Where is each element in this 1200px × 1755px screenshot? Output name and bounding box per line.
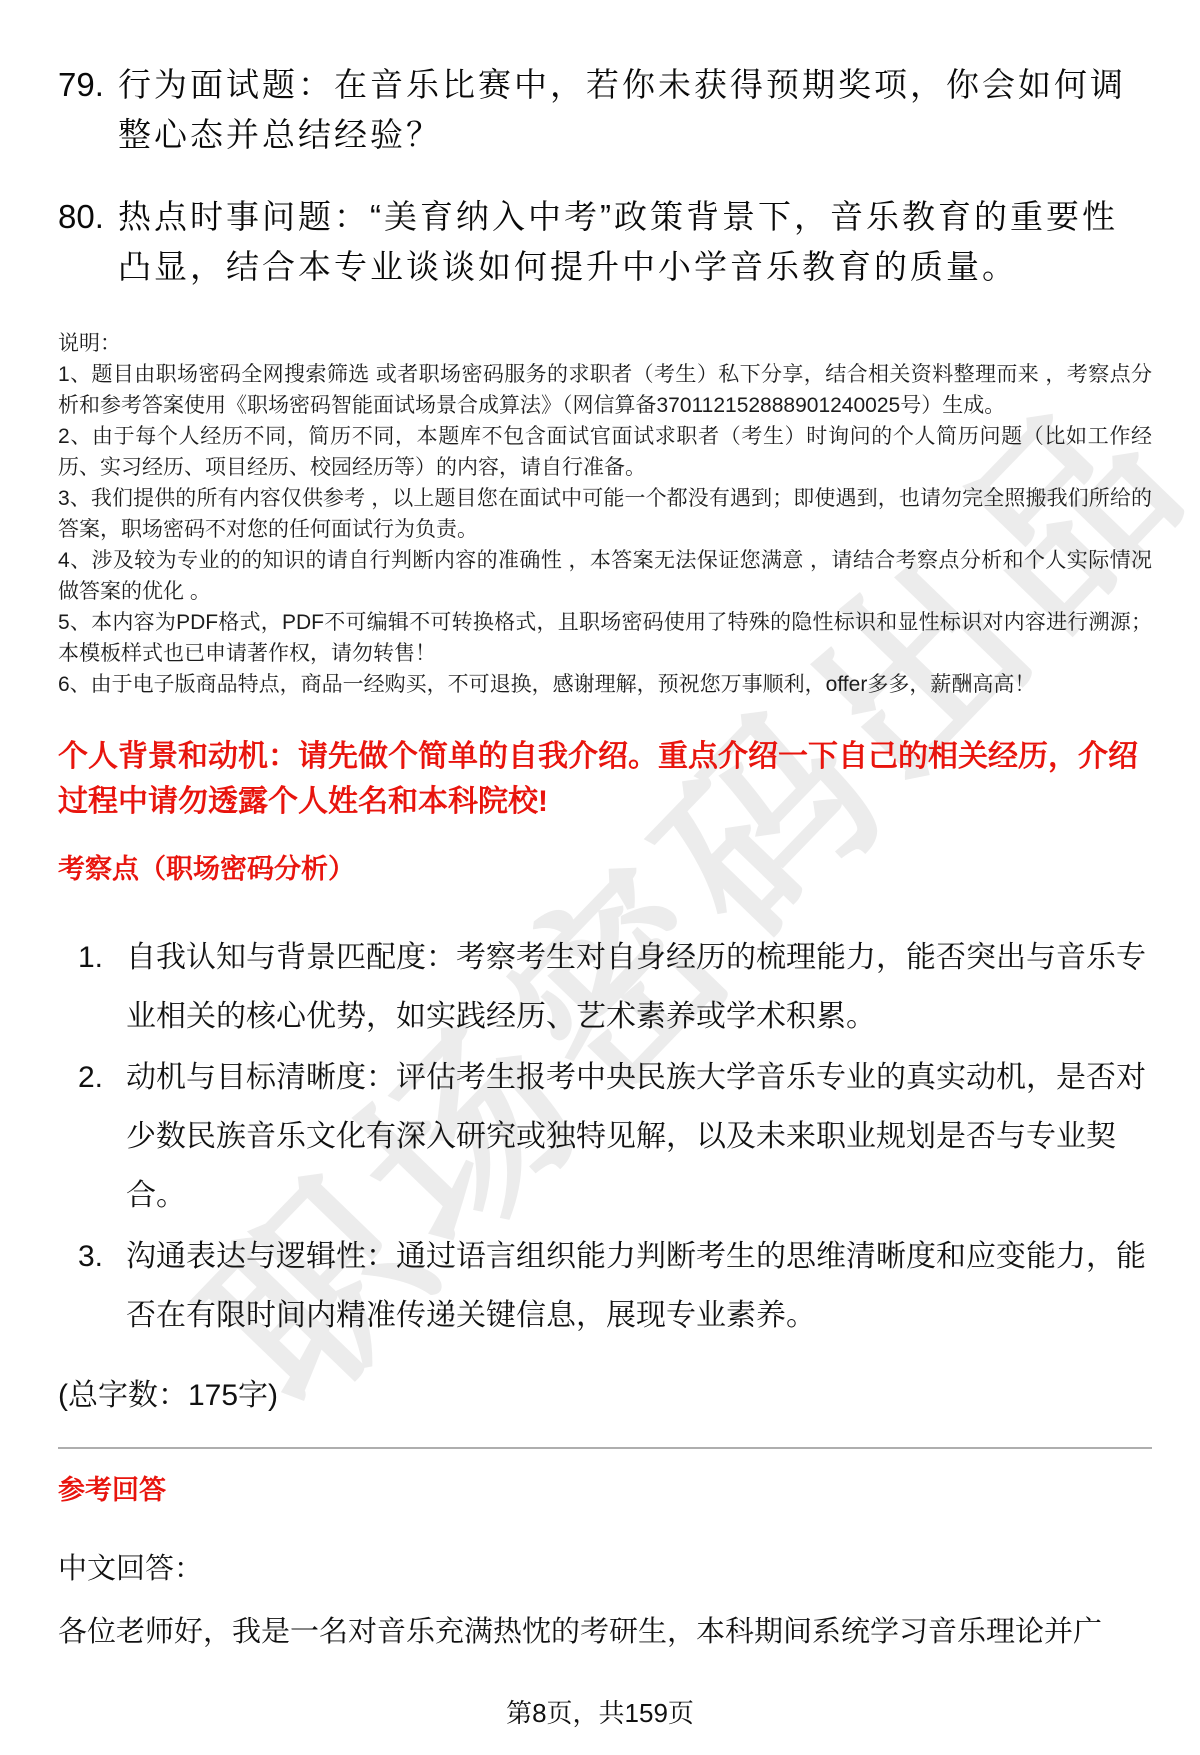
question-80: 80. 热点时事问题：“美育纳入中考”政策背景下，音乐教育的重要性凸显，结合本专… xyxy=(58,192,1152,292)
section-divider xyxy=(58,1447,1152,1449)
analysis-item-2-text: 动机与目标清晰度：评估考生报考中央民族大学音乐专业的真实动机，是否对少数民族音乐… xyxy=(126,1048,1150,1225)
answer-body: 各位老师好，我是一名对音乐充满热忱的考研生，本科期间系统学习音乐理论并广 xyxy=(58,1611,1152,1653)
question-79: 79. 行为面试题：在音乐比赛中，若你未获得预期奖项，你会如何调整心态并总结经验… xyxy=(58,60,1152,160)
note-item-6: 6、由于电子版商品特点，商品一经购买，不可退换，感谢理解，预祝您万事顺利，off… xyxy=(58,669,1152,700)
note-item-4: 4、涉及较为专业的的知识的请自行判断内容的准确性 ，本答案无法保证您满意 ，请结… xyxy=(58,545,1152,607)
answer-language-label: 中文回答： xyxy=(58,1549,1152,1589)
analysis-item-3-text: 沟通表达与逻辑性：通过语言组织能力判断考生的思维清晰度和应变能力，能否在有限时间… xyxy=(126,1227,1150,1345)
page-number-indicator: 第8页，共159页 xyxy=(0,1693,1200,1730)
analysis-item-1-text: 自我认知与背景匹配度：考察考生对自身经历的梳理能力，能否突出与音乐专业相关的核心… xyxy=(126,928,1150,1046)
analysis-item-1-number: 1. xyxy=(78,928,126,987)
note-item-3: 3、我们提供的所有内容仅供参考 ，以上题目您在面试中可能一个都没有遇到；即使遇到… xyxy=(58,483,1152,545)
analysis-list: 1. 自我认知与背景匹配度：考察考生对自身经历的梳理能力，能否突出与音乐专业相关… xyxy=(58,928,1152,1345)
note-item-1: 1、题目由职场密码全网搜索筛选 或者职场密码服务的求职者（考生）私下分享，结合相… xyxy=(58,359,1152,421)
pdf-page: 职场密码出品 79. 行为面试题：在音乐比赛中，若你未获得预期奖项，你会如何调整… xyxy=(0,0,1200,1755)
analysis-item-2: 2. 动机与目标清晰度：评估考生报考中央民族大学音乐专业的真实动机，是否对少数民… xyxy=(78,1048,1152,1225)
question-79-number: 79. xyxy=(58,60,118,110)
analysis-item-3-number: 3. xyxy=(78,1227,126,1286)
analysis-item-2-number: 2. xyxy=(78,1048,126,1107)
word-count: (总字数：175字) xyxy=(58,1375,1152,1417)
analysis-item-3: 3. 沟通表达与逻辑性：通过语言组织能力判断考生的思维清晰度和应变能力，能否在有… xyxy=(78,1227,1152,1345)
note-item-5: 5、本内容为PDF格式，PDF不可编辑不可转换格式，且职场密码使用了特殊的隐性标… xyxy=(58,607,1152,669)
answer-heading: 参考回答 xyxy=(58,1471,1152,1509)
question-79-text: 行为面试题：在音乐比赛中，若你未获得预期奖项，你会如何调整心态并总结经验？ xyxy=(118,60,1148,160)
analysis-item-1: 1. 自我认知与背景匹配度：考察考生对自身经历的梳理能力，能否突出与音乐专业相关… xyxy=(78,928,1152,1046)
note-item-2: 2、由于每个人经历不同，简历不同，本题库不包含面试官面试求职者（考生）时询问的个… xyxy=(58,421,1152,483)
question-80-number: 80. xyxy=(58,192,118,242)
question-80-text: 热点时事问题：“美育纳入中考”政策背景下，音乐教育的重要性凸显，结合本专业谈谈如… xyxy=(118,192,1148,292)
page-content: 79. 行为面试题：在音乐比赛中，若你未获得预期奖项，你会如何调整心态并总结经验… xyxy=(0,60,1200,1653)
interview-prompt: 个人背景和动机：请先做个简单的自我介绍。重点介绍一下自己的相关经历，介绍过程中请… xyxy=(58,734,1152,824)
notes-section: 说明： 1、题目由职场密码全网搜索筛选 或者职场密码服务的求职者（考生）私下分享… xyxy=(58,328,1152,700)
analysis-heading: 考察点（职场密码分析） xyxy=(58,850,1152,888)
notes-title: 说明： xyxy=(58,328,1152,359)
